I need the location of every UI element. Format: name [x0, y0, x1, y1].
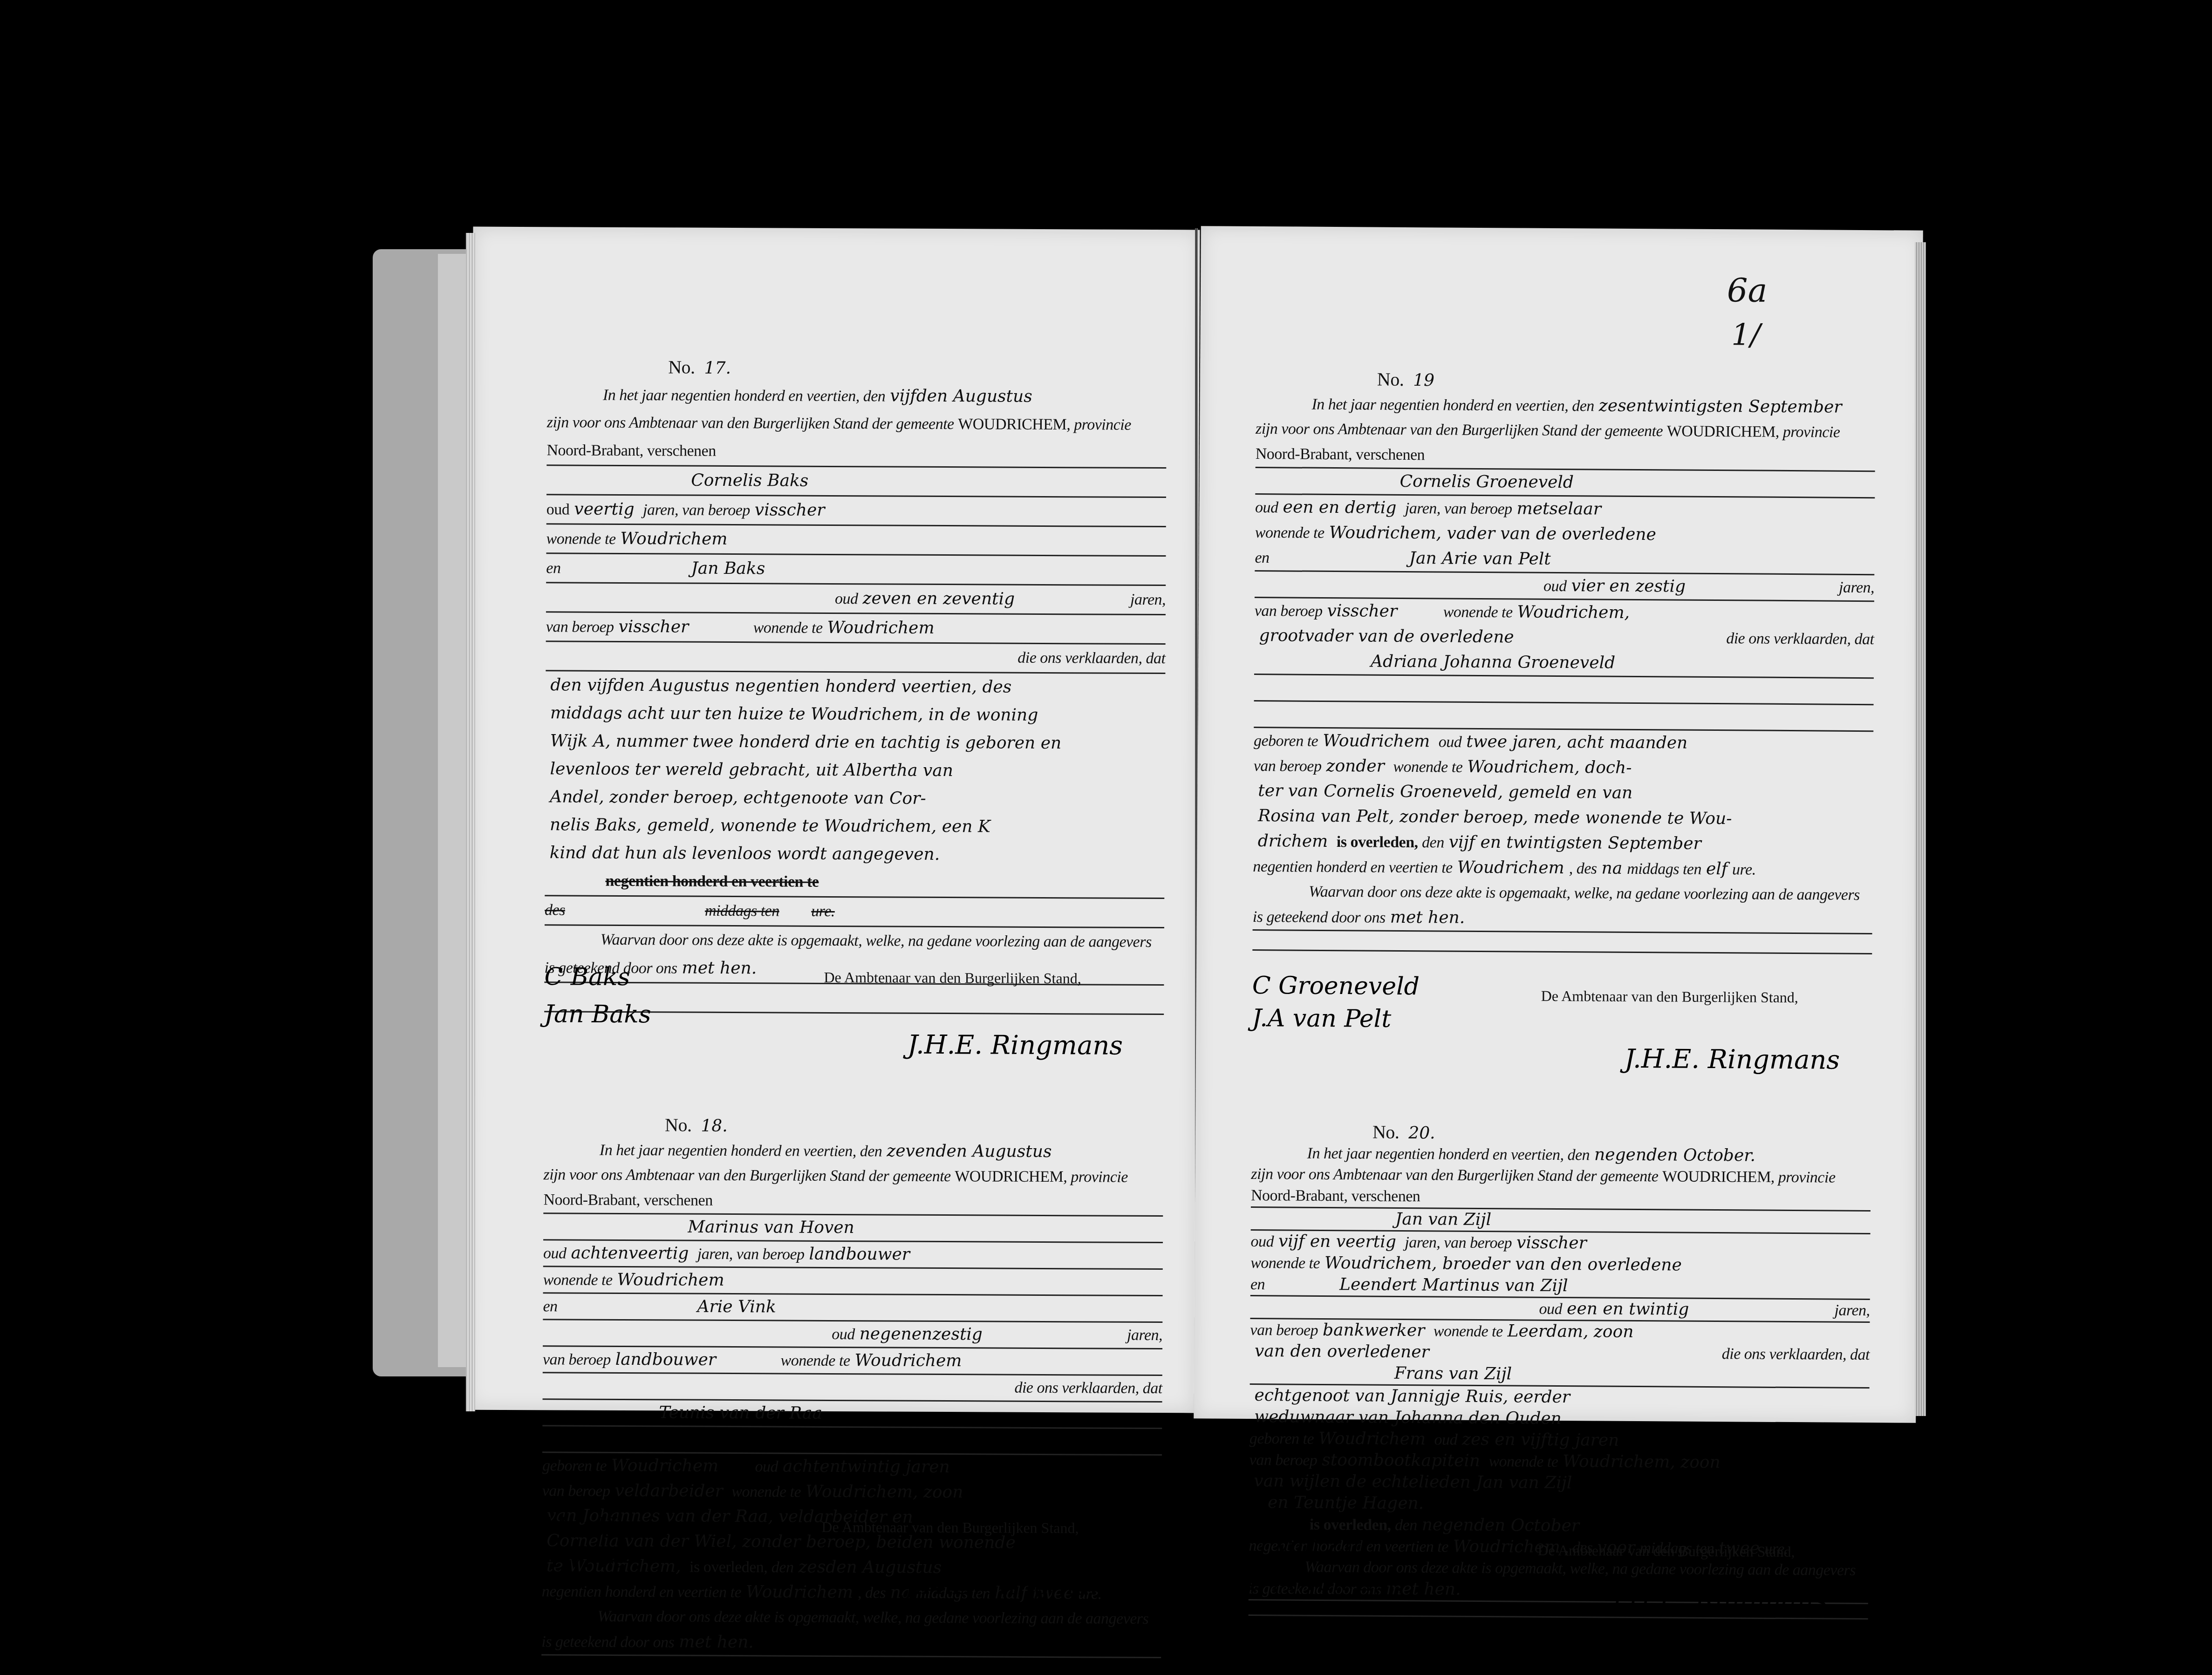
deceased-occ-line: van beroepstoombootkapitein wonende teWo…: [1249, 1449, 1869, 1474]
des-label: , des: [1569, 860, 1597, 877]
verklaarden-text: die ons verklaarden, dat: [1722, 1343, 1870, 1366]
province-label: , provincie: [1063, 1168, 1128, 1186]
declarant2-name-line: enLeendert Martinus van Zijl: [1250, 1273, 1870, 1300]
geteekend-line: is geteekend door onsmet hen.: [1253, 904, 1872, 934]
folio-number: 6a: [1727, 271, 1768, 310]
municipality: WOUDRICHEM: [958, 415, 1066, 433]
declarant1-residence-line: wonende teWoudrichem, vader van de overl…: [1255, 520, 1875, 549]
no-label: No.: [1372, 1122, 1400, 1143]
record-number: No. 20.: [1251, 1121, 1871, 1146]
parents-text: drichem: [1253, 831, 1333, 851]
oud-label: oud: [1539, 1301, 1563, 1318]
folio-mark: 1/: [1731, 318, 1761, 352]
declarant1-age-line: oudachtenveertig jaren, van beroeplandbo…: [543, 1240, 1163, 1270]
deceased-name-line: Adriana Johanna Groeneveld: [1254, 648, 1874, 679]
record-date: vijfden Augustus: [885, 386, 1037, 406]
statement-line: nelis Baks, gemeld, wonende te Woudriche…: [545, 811, 1165, 842]
deceased-birthplace: Woudrichem: [1318, 731, 1434, 751]
deceased-birthplace: Woudrichem: [607, 1456, 723, 1476]
municipality: WOUDRICHEM: [955, 1168, 1063, 1185]
death-line: drichem is overleden, denvijf en twintig…: [1253, 829, 1873, 858]
declarant1-name: Cornelis Groeneveld: [1395, 472, 1578, 492]
verschenen-text: Noord-Brabant, verschenen: [1251, 1187, 1420, 1205]
authority-line: zijn voor ons Ambtenaar van den Burgerli…: [544, 1162, 1163, 1190]
ambtenaar-label: De Ambtenaar van den Burgerlijken Stand,: [821, 1518, 1079, 1537]
province-label: , provincie: [1775, 423, 1840, 441]
official-signature: J.H.E. Ringmans: [908, 1030, 1123, 1061]
province-label: , provincie: [1771, 1169, 1836, 1186]
declarant2-occ-line: van beroepvisscher wonende teWoudrichem: [546, 613, 1166, 645]
declarant2-residence: Woudrichem,: [1512, 602, 1634, 622]
signature-declarant1: M v Hoven: [542, 1512, 675, 1541]
geboren-label: geboren te: [1254, 732, 1318, 750]
no-label: No.: [665, 1114, 692, 1135]
oud-label: oud: [835, 590, 858, 607]
ambtenaar-label: De Ambtenaar van den Burgerlijken Stand,: [824, 969, 1081, 987]
verschenen-text: Noord-Brabant, verschenen: [543, 1191, 712, 1209]
official-signature: J.H.E. Ringmans: [1612, 1584, 1828, 1616]
struck-overleden: negentien honderd en veertien te: [605, 872, 819, 891]
birth-line: geboren teWoudrichem oudzes en vijftig j…: [1249, 1428, 1869, 1453]
death-date: vijf en twintigsten September: [1444, 833, 1706, 853]
signature-declarant1: C Baks: [544, 963, 630, 991]
declarant1-age: veertig: [569, 500, 639, 519]
spouse-text: weduwnaar van Johanna den Ouden: [1249, 1407, 1566, 1428]
declarant2-name: Leendert Martinus van Zijl: [1265, 1274, 1573, 1295]
oud-label: oud: [543, 1245, 567, 1262]
beroep-label: jaren, van beroep: [697, 1246, 805, 1263]
birth-line: geboren teWoudrichem oudachtentwintig ja…: [542, 1453, 1162, 1481]
deceased-occupation: zonder: [1321, 756, 1389, 776]
signature-declarant2: J.A van Pelt: [1252, 1004, 1391, 1033]
wonende-label: wonende te: [1393, 758, 1462, 776]
en-label: en: [546, 559, 560, 577]
birth-line: geboren teWoudrichem oudtwee jaren, acht…: [1254, 728, 1873, 757]
statement-line: Andel, zonder beroep, echtgenoote van Co…: [545, 783, 1165, 814]
statement-line: Wijk A, nummer twee honderd drie en tach…: [546, 727, 1165, 758]
left-page: No. 17. In het jaar negentien honderd en…: [468, 227, 1200, 1413]
declarant1-residence: Woudrichem, vader van de overledene: [1324, 523, 1661, 544]
record-no-value: 20.: [1404, 1123, 1440, 1143]
authority-line: zijn voor ons Ambtenaar van den Burgerli…: [547, 409, 1167, 439]
declarant2-occupation: visscher: [1322, 601, 1402, 621]
beroep-label: van beroep: [1249, 1451, 1318, 1469]
wonende-label: wonende te: [546, 530, 616, 548]
wonende-label: wonende te: [1406, 603, 1513, 621]
declarant2-age-line: oudvier en zestigjaren,: [1255, 572, 1874, 602]
declarant1-residence-line: wonende teWoudrichem, broeder van den ov…: [1250, 1252, 1870, 1277]
den-label: den: [1422, 834, 1444, 851]
declarant2-occ-line: van beroepbankwerker wonende teLeerdam, …: [1250, 1319, 1870, 1344]
deceased-birthplace: Woudrichem: [1314, 1429, 1430, 1449]
struck-overleden-line: negentien honderd en veertien te: [545, 867, 1164, 899]
signature-declarant2: A Vink: [542, 1545, 622, 1573]
parents-line: en Teuntje Hagen.: [1249, 1492, 1869, 1517]
signed-with: met hen.: [674, 1633, 758, 1652]
spouse-line: weduwnaar van Johanna den Ouden: [1249, 1406, 1869, 1431]
statement-text: Andel, zonder beroep, echtgenoote van Co…: [545, 787, 931, 808]
parents-text: ter van Cornelis Groeneveld, gemeld en v…: [1253, 781, 1637, 803]
declarant2-name: Arie Vink: [557, 1296, 781, 1316]
parents-line: Rosina van Pelt, zonder beroep, mede won…: [1253, 803, 1873, 832]
no-label: No.: [668, 356, 695, 377]
beroep-label: van beroep: [543, 1351, 611, 1369]
parents-text: Rosina van Pelt, zonder beroep, mede won…: [1253, 806, 1737, 828]
page-edges-left: [466, 233, 475, 1411]
record-20-signatures: J van Zijl L M van Zijl. De Ambtenaar va…: [1248, 1531, 1868, 1646]
declarant2-age: zeven en zeventig: [858, 589, 1019, 609]
intro-line: In het jaar negentien honderd en veertie…: [547, 381, 1167, 411]
parents-line: van wijlen de echtelieden Jan van Zijl: [1249, 1471, 1869, 1496]
verklaarden-line: die ons verklaarden, dat: [546, 642, 1165, 674]
authority-text: zijn voor ons Ambtenaar van den Burgerli…: [1256, 420, 1663, 440]
declarant2-age-line: oudzeven en zeventigjaren,: [546, 583, 1166, 615]
wonende-label: wonende te: [1434, 1322, 1503, 1340]
deceased-residence: Woudrichem, doch-: [1462, 757, 1636, 777]
wonende-label: wonende te: [1255, 524, 1324, 542]
deceased-name-line: Frans van Zijl: [1250, 1362, 1870, 1389]
waarvan-text: Waarvan door ons deze akte is opgemaakt,…: [1309, 883, 1860, 904]
declarant1-occupation: visscher: [750, 500, 830, 520]
geteekend-line: is geteekend door onsmet hen.: [541, 1629, 1161, 1658]
authority-text: zijn voor ons Ambtenaar van den Burgerli…: [544, 1166, 951, 1185]
record-17: No. 17. In het jaar negentien honderd en…: [544, 353, 1167, 1015]
official-signature: J.H.E. Ringmans: [905, 1570, 1121, 1601]
statement-text: kind dat hun als levenloos wordt aangege…: [545, 843, 945, 864]
geboren-label: geboren te: [542, 1457, 607, 1475]
verklaarden-line: die ons verklaarden, dat: [543, 1373, 1162, 1403]
record-18-signatures: M v Hoven A Vink De Ambtenaar van den Bu…: [541, 1512, 1161, 1627]
declarant2-occupation: bankwerker: [1318, 1321, 1429, 1340]
oud-label: oud: [1250, 1233, 1274, 1250]
deceased-occ-line: van beroepzonder wonende teWoudrichem, d…: [1254, 753, 1873, 782]
parents-text: en Teuntje Hagen.: [1249, 1493, 1428, 1513]
intro-text: In het jaar negentien honderd en veertie…: [1311, 396, 1594, 415]
declarant1-name-line: Jan van Zijl: [1251, 1208, 1871, 1234]
declarant2-age: vier en zestig: [1567, 576, 1691, 596]
oud-label: oud: [832, 1326, 855, 1343]
jaren-label: jaren,: [1130, 586, 1166, 614]
verschenen-line: Noord-Brabant, verschenen: [1251, 1185, 1871, 1212]
statement-text: levenloos ter wereld gebracht, uit Alber…: [545, 759, 958, 780]
struck-des: middags ten: [565, 901, 779, 919]
declarant1-name: Cornelis Baks: [686, 471, 813, 490]
declarant2-occupation: visscher: [614, 617, 693, 637]
declarant2-residence: Woudrichem: [850, 1351, 966, 1370]
record-17-signatures: C Baks Jan Baks De Ambtenaar van den Bur…: [544, 958, 1164, 1101]
declarant2-residence: Leerdam, zoon: [1503, 1321, 1639, 1341]
deceased-name: Frans van Zijl: [1390, 1364, 1517, 1384]
waarvan-line: Waarvan door ons deze akte is opgemaakt,…: [1253, 879, 1872, 908]
record-19: No. 19 In het jaar negentien honderd en …: [1252, 366, 1876, 954]
declarant2-relation: grootvader van de overledene: [1254, 626, 1519, 647]
declarant2-name: Jan Baks: [560, 558, 770, 578]
authority-line: zijn voor ons Ambtenaar van den Burgerli…: [1251, 1164, 1871, 1189]
beroep-label: van beroep: [1255, 602, 1323, 620]
declarant2-age-line: oudnegenenzestigjaren,: [543, 1320, 1162, 1349]
oud-label: oud: [1255, 499, 1278, 516]
signature-declarant1: C Groeneveld: [1252, 972, 1420, 1001]
rule-line: [1254, 701, 1873, 732]
declarant1-age: achtenveertig: [566, 1244, 693, 1263]
verschenen-text: Noord-Brabant, verschenen: [1256, 445, 1425, 463]
record-number: No. 19: [1256, 366, 1876, 395]
wonende-label: wonende te: [725, 1352, 850, 1369]
spouse-text: echtgenoot van Jannigje Ruis, eerder: [1249, 1386, 1575, 1407]
declarant2-occ-line: van beroepvisscher wonende teWoudrichem,: [1255, 598, 1874, 627]
signature-declarant2: Jan Baks: [544, 1000, 651, 1028]
en-label: en: [543, 1298, 557, 1315]
declarant2-age: negenenzestig: [855, 1324, 987, 1344]
signature-declarant1: J van Zijl: [1258, 1531, 1367, 1559]
statement-line: den vijfden Augustus negentien honderd v…: [546, 671, 1165, 702]
declarant2-name-line: enJan Arie van Pelt: [1255, 545, 1874, 575]
declarant1-residence-line: wonende teWoudrichem: [543, 1267, 1163, 1296]
deceased-name-line: Teunis van der Raa: [542, 1400, 1162, 1429]
rule-line: [1252, 931, 1872, 954]
waarvan-text: Waarvan door ons deze akte is opgemaakt,…: [601, 931, 1152, 951]
wonende-label: wonende te: [731, 1483, 801, 1501]
deceased-age: twee jaren, acht maanden: [1461, 732, 1692, 753]
geboren-label: geboren te: [1249, 1430, 1314, 1448]
record-date: zesentwintigsten September: [1594, 396, 1847, 416]
beroep-label: jaren, van beroep: [643, 501, 750, 519]
record-no-value: 17.: [700, 359, 736, 378]
oud-label: oud: [546, 501, 570, 518]
deceased-occ-line: van beroepveldarbeider wonende teWoudric…: [542, 1478, 1162, 1506]
signature-declarant2: L M van Zijl.: [1249, 1568, 1404, 1597]
parents-line: ter van Cornelis Groeneveld, gemeld en v…: [1253, 778, 1873, 807]
intro-line: In het jaar negentien honderd en veertie…: [1251, 1142, 1871, 1167]
wonende-label: wonende te: [697, 619, 823, 637]
declarant1-occupation: metselaar: [1512, 499, 1606, 518]
declarant1-age-line: oudeen en dertig jaren, van beroepmetsel…: [1255, 495, 1875, 524]
parents-text: van wijlen de echtelieden Jan van Zijl: [1249, 1471, 1577, 1492]
no-label: No.: [1377, 369, 1404, 390]
beroep-label: jaren, van beroep: [1405, 1234, 1512, 1252]
verschenen-line: Noord-Brabant, verschenen: [1256, 442, 1875, 472]
statement-line: kind dat hun als levenloos wordt aangege…: [545, 839, 1165, 870]
beroep-label: van beroep: [1250, 1321, 1318, 1339]
declarant1-occupation: landbouwer: [805, 1245, 915, 1264]
beroep-label: van beroep: [542, 1482, 610, 1500]
declarant2-relation: van den overledener: [1250, 1341, 1434, 1362]
record-number: No. 18.: [544, 1112, 1163, 1140]
overleden-label: is overleden,: [1337, 833, 1418, 851]
geteekend-text: is geteekend door ons: [1253, 908, 1386, 926]
authority-text: zijn voor ons Ambtenaar van den Burgerli…: [547, 414, 954, 433]
declarant1-residence-line: wonende teWoudrichem: [546, 524, 1166, 557]
oud-label: oud: [1543, 578, 1567, 595]
signed-with: met hen.: [1386, 908, 1470, 927]
record-number: No. 17.: [547, 353, 1167, 383]
declarant1-residence: Woudrichem: [615, 529, 732, 549]
statement-line: levenloos ter wereld gebracht, uit Alber…: [545, 755, 1165, 786]
deceased-occupation: stoombootkapitein: [1317, 1450, 1485, 1471]
declarant2-occ-line: van beroeplandbouwer wonende teWoudriche…: [543, 1347, 1162, 1376]
statement-text: den vijfden Augustus negentien honderd v…: [546, 675, 1016, 696]
struck-date-line: desmiddags ten ure.: [545, 896, 1164, 928]
intro-line: In het jaar negentien honderd en veertie…: [544, 1137, 1163, 1165]
municipality: WOUDRICHEM: [1667, 422, 1775, 440]
wonende-label: wonende te: [1250, 1254, 1320, 1272]
ambtenaar-label: De Ambtenaar van den Burgerlijken Stand,: [1541, 987, 1798, 1006]
declarant2-name-line: enArie Vink: [543, 1294, 1162, 1323]
oud-label: oud: [1434, 1431, 1458, 1448]
beroep-label: van beroep: [1254, 757, 1322, 775]
deceased-name: Adriana Johanna Groeneveld: [1366, 652, 1620, 672]
wonende-label: wonende te: [1488, 1453, 1558, 1471]
declarant1-residence: Woudrichem: [613, 1270, 729, 1290]
declarant1-residence: Woudrichem, broeder van den overledene: [1320, 1253, 1686, 1275]
record-date: negenden October.: [1590, 1145, 1760, 1165]
municipality: WOUDRICHEM: [1662, 1168, 1771, 1185]
death-place-line: negentien honderd en veertien teWoudrich…: [1253, 854, 1872, 883]
right-page: 6a 1/ No. 19 In het jaar negentien honde…: [1194, 226, 1923, 1423]
declarant1-age: een en dertig: [1278, 497, 1401, 517]
spouse-line: echtgenoot van Jannigje Ruis, eerder: [1249, 1385, 1869, 1410]
wonende-label: wonende te: [543, 1271, 613, 1289]
en-label: en: [1250, 1276, 1265, 1293]
declarant1-name-line: Marinus van Hoven: [543, 1214, 1163, 1243]
official-signature: J.H.E. Ringmans: [1625, 1044, 1840, 1076]
statement-line: middags acht uur ten huize te Woudrichem…: [546, 699, 1165, 730]
jaren-label: jaren,: [1839, 575, 1874, 600]
verklaarden-text: die ons verklaarden, dat: [1726, 626, 1874, 652]
jaren-label: jaren,: [1834, 1300, 1870, 1321]
en-label: en: [1255, 549, 1269, 566]
statement-text: middags acht uur ten huize te Woudrichem…: [546, 703, 1043, 725]
struck-middags: ure.: [783, 903, 835, 920]
verschenen-line: Noord-Brabant, verschenen: [546, 436, 1166, 469]
middags-label: middags ten: [1627, 860, 1701, 878]
intro-text: In het jaar negentien honderd en veertie…: [600, 1142, 882, 1160]
statement-text: Wijk A, nummer twee honderd drie en tach…: [546, 731, 1066, 753]
verklaarden-line: grootvader van de overledenedie ons verk…: [1254, 623, 1874, 652]
statement-text: nelis Baks, gemeld, wonende te Woudriche…: [545, 815, 995, 836]
rule-line: [542, 1426, 1162, 1456]
intro-line: In het jaar negentien honderd en veertie…: [1256, 391, 1875, 420]
declarant1-age-line: oudvijf en veertig jaren, van beroepviss…: [1250, 1231, 1870, 1256]
deceased-age: zes en vijftig jaren: [1457, 1430, 1624, 1450]
declarant1-age-line: oudveertig jaren, van beroepvisscher: [546, 495, 1166, 527]
ure-label: ure.: [1732, 861, 1756, 878]
province-label: , provincie: [1066, 416, 1131, 434]
intro-text: In het jaar negentien honderd en veertie…: [603, 387, 886, 405]
declarant2-occupation: landbouwer: [611, 1350, 721, 1369]
oud-label: oud: [1439, 733, 1462, 750]
declarant1-occupation: visscher: [1512, 1233, 1591, 1253]
rule-line: [1254, 675, 1874, 705]
death-time: elf: [1701, 859, 1732, 878]
page-edges-right: [1915, 242, 1926, 1416]
verklaarden-text: die ons verklaarden, dat: [1014, 1375, 1162, 1401]
geteekend-text: is geteekend door ons: [541, 1633, 674, 1651]
declarant2-age: een en twintig: [1562, 1299, 1693, 1319]
deceased-name: Teunis van der Raa: [654, 1403, 827, 1423]
beroep-label: jaren, van beroep: [1405, 500, 1512, 517]
ambtenaar-label: De Ambtenaar van den Burgerlijken Stand,: [1537, 1542, 1795, 1560]
verschenen-text: Noord-Brabant, verschenen: [546, 442, 716, 460]
record-19-signatures: C Groeneveld J.A van Pelt De Ambtenaar v…: [1251, 972, 1872, 1115]
declarant1-age: vijf en veertig: [1274, 1232, 1401, 1252]
beroep-label: van beroep: [546, 618, 614, 636]
record-no-value: 19: [1408, 371, 1439, 390]
authority-text: zijn voor ons Ambtenaar van den Burgerli…: [1251, 1165, 1658, 1185]
jaren-label: jaren,: [1127, 1323, 1162, 1348]
death-place: Woudrichem: [1453, 858, 1569, 878]
oud-label: oud: [727, 1458, 778, 1475]
deceased-residence: Woudrichem, zoon: [801, 1482, 968, 1502]
intro-text: In het jaar negentien honderd en veertie…: [1307, 1145, 1590, 1164]
declarant2-residence: Woudrichem: [823, 618, 939, 638]
declarant1-name: Jan van Zijl: [1391, 1210, 1496, 1229]
declarant2-name: Jan Arie van Pelt: [1269, 548, 1556, 569]
declarant1-name: Marinus van Hoven: [683, 1218, 859, 1238]
verklaarden-line: van den overledenerdie ons verklaarden, …: [1250, 1341, 1870, 1366]
declarant1-name-line: Cornelis Groeneveld: [1255, 468, 1875, 498]
declarant2-name-line: enJan Baks: [546, 554, 1166, 586]
struck-year: des: [545, 901, 565, 919]
deceased-residence: Woudrichem, zoon: [1558, 1452, 1725, 1472]
record-no-value: 18.: [696, 1117, 732, 1136]
des-value: na: [1597, 859, 1627, 878]
record-date: zevenden Augustus: [882, 1141, 1056, 1161]
declarant2-age-line: oudeen en twintigjaren,: [1250, 1296, 1870, 1323]
waarvan-line: Waarvan door ons deze akte is opgemaakt,…: [545, 926, 1164, 956]
deceased-age: achtentwintig jaren: [778, 1457, 955, 1477]
year-label: negentien honderd en veertien te: [1253, 858, 1453, 877]
authority-line: zijn voor ons Ambtenaar van den Burgerli…: [1256, 416, 1875, 445]
verschenen-line: Noord-Brabant, verschenen: [543, 1187, 1163, 1217]
deceased-occupation: veldarbeider: [610, 1481, 727, 1501]
verklaarden-text: die ons verklaarden, dat: [1017, 644, 1165, 673]
declarant1-name-line: Cornelis Baks: [546, 466, 1166, 498]
